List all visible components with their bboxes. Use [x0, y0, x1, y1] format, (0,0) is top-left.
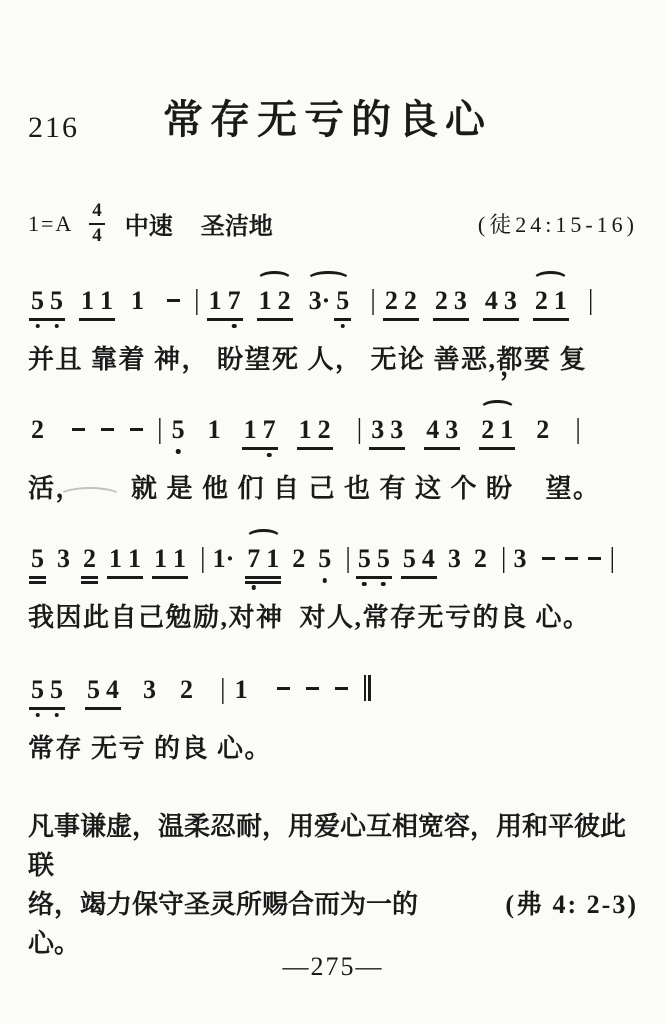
note-group: 17 [206, 286, 244, 316]
note-digit: 3 [143, 675, 156, 704]
note-digit: 5 [172, 415, 185, 444]
underline-line [81, 581, 98, 583]
note-group: 3 [140, 675, 159, 705]
note-digit: 4 [485, 286, 498, 315]
note: 7 [225, 286, 244, 316]
note-group: 1 [205, 415, 224, 445]
barline: | [345, 543, 351, 575]
note-group: 43 [482, 286, 520, 316]
note: 1 [497, 415, 516, 445]
note: 1 [205, 415, 224, 445]
hymn-number: 216 [28, 111, 79, 145]
octave-dot [252, 585, 257, 590]
scripture-quote-line1: 凡事谦虚，温柔忍耐，用爱心互相宽容，用和平彼此联 [28, 807, 638, 885]
note: 5 [28, 675, 47, 705]
note-digit: 1 [208, 415, 221, 444]
note-digit: 1 [266, 544, 279, 573]
note: 2 [315, 415, 334, 445]
note: 4 [482, 286, 501, 316]
note-group: 3 [511, 544, 530, 574]
note: 3 [445, 544, 464, 574]
note: 1 [78, 286, 97, 316]
duration-dash [130, 428, 143, 431]
note: 5 [47, 286, 66, 316]
note-digit: 3· [309, 286, 331, 315]
beam-line [479, 447, 515, 449]
beam-line [207, 318, 243, 320]
note: 5 [28, 286, 47, 316]
note-group: 1 [128, 286, 147, 316]
note: 3 [140, 675, 159, 705]
note: 7 [260, 415, 279, 445]
underline-line [81, 576, 98, 578]
note-group: 5 [28, 544, 47, 574]
note: 4 [423, 415, 442, 445]
note-digit: 2 [481, 415, 494, 444]
note-digit: 3 [454, 286, 467, 315]
note: 2 [401, 286, 420, 316]
note-digit: 5 [87, 675, 100, 704]
beam-line [107, 576, 143, 578]
notation-row: 2|511712|3343212| [28, 398, 638, 464]
beam-line [483, 318, 519, 320]
note: 2 [382, 286, 401, 316]
note: 2 [289, 544, 308, 574]
note: 5 [400, 544, 419, 574]
expression-marking: 圣洁地 [201, 206, 273, 241]
barline: | [194, 285, 200, 317]
notation-row: 5321111|1·7125|555432|3| [28, 527, 638, 593]
note-group: 71 [244, 544, 282, 574]
note: 1 [232, 675, 251, 705]
note: 5 [374, 544, 393, 574]
page-number: —275— [0, 952, 666, 982]
note: 1 [125, 544, 144, 574]
note-group: 12 [256, 286, 294, 316]
note-group: 43 [423, 415, 461, 445]
note: 1 [128, 286, 147, 316]
note: 5 [47, 675, 66, 705]
note-digit: 1 [128, 544, 141, 573]
octave-dot [341, 324, 346, 329]
underline-line [334, 318, 351, 320]
note-group: 54 [84, 675, 122, 705]
barline: | [588, 285, 594, 317]
note: 7 [244, 544, 263, 574]
note: 1 [241, 415, 260, 445]
note-digit: 5 [50, 675, 63, 704]
note-digit: 7 [263, 415, 276, 444]
barline: | [220, 674, 226, 706]
beam-line [356, 576, 392, 578]
note-digit: 1 [173, 544, 186, 573]
duration-dash [588, 557, 601, 560]
note: 3 [387, 415, 406, 445]
octave-dot [362, 582, 367, 587]
note-digit: 5 [31, 544, 44, 573]
duration-dash [101, 428, 114, 431]
note-group: 5 [169, 415, 188, 445]
note-digit: 1 [244, 415, 257, 444]
note-digit: 5 [31, 286, 44, 315]
barline: | [157, 414, 163, 446]
note: 3 [451, 286, 470, 316]
note-digit: 7 [247, 544, 260, 573]
note: 1 [551, 286, 570, 316]
barline: | [501, 543, 507, 575]
note-digit: 5 [50, 286, 63, 315]
note-digit: 5 [403, 544, 416, 573]
note-group: 2 [289, 544, 308, 574]
note-digit: 4 [426, 415, 439, 444]
duration-dash [565, 557, 578, 560]
barline: | [370, 285, 376, 317]
note-digit: 1 [81, 286, 94, 315]
note-digit: 1 [109, 544, 122, 573]
note-digit: 3 [448, 544, 461, 573]
octave-dot [54, 324, 59, 329]
beam-line [383, 318, 419, 320]
note-digit: 5 [336, 286, 349, 315]
note: 1 [106, 544, 125, 574]
octave-dot [323, 578, 328, 583]
note: 5 [28, 544, 47, 574]
beam-line [257, 318, 293, 320]
music-line-block: 5321111|1·7125|555432|3|我因此自己勉励,对神 对人,常存… [28, 527, 638, 634]
note-digit: 1 [209, 286, 222, 315]
note: 1 [296, 415, 315, 445]
scripture-quote-reference: (弗 4: 2-3) [505, 885, 638, 924]
note-digit: 5 [358, 544, 371, 573]
note-group: 12 [296, 415, 334, 445]
beam-line [433, 318, 469, 320]
duration-dash [72, 428, 85, 431]
duration-dash [167, 299, 180, 302]
octave-dot [35, 713, 40, 718]
note-digit: 1 [100, 286, 113, 315]
note-group: 2 [177, 675, 196, 705]
note: 2 [532, 286, 551, 316]
note-digit: 3 [445, 415, 458, 444]
octave-dot [54, 713, 59, 718]
note-group: 2 [80, 544, 99, 574]
note-group: 11 [78, 286, 116, 316]
beam-line [533, 318, 569, 320]
note-digit: 2 [318, 415, 331, 444]
note-digit: 2 [83, 544, 96, 573]
note: 3· [306, 286, 334, 316]
time-signature-denominator: 4 [92, 225, 102, 247]
duration-dash [277, 687, 290, 690]
beam-line [424, 447, 460, 449]
notation-row: 555432|1 [28, 656, 638, 724]
beam-line [401, 576, 437, 578]
beam-line [85, 707, 121, 709]
note-digit: 2 [292, 544, 305, 573]
note: 1 [170, 544, 189, 574]
octave-dot [381, 582, 386, 587]
note-digit: 1 [299, 415, 312, 444]
note-digit: 1 [154, 544, 167, 573]
note: 3 [501, 286, 520, 316]
duration-dash [335, 687, 348, 690]
beam-line [29, 318, 65, 320]
note-group: 22 [382, 286, 420, 316]
note-group: 2 [533, 415, 552, 445]
note-digit: 4 [422, 544, 435, 573]
note-group: 11 [151, 544, 189, 574]
note-digit: 2 [404, 286, 417, 315]
beam-line [245, 576, 281, 578]
note: 1 [97, 286, 116, 316]
note-group: 11 [106, 544, 144, 574]
note-digit: 1 [235, 675, 248, 704]
note: 2 [478, 415, 497, 445]
note-digit: 1 [259, 286, 272, 315]
octave-dot [35, 324, 40, 329]
note-digit: 3 [504, 286, 517, 315]
note: 1 [206, 286, 225, 316]
note: 3 [511, 544, 530, 574]
note-group: 55 [355, 544, 393, 574]
note-group: 2 [28, 415, 47, 445]
note: 2 [432, 286, 451, 316]
stray-comma-artifact: ， [500, 346, 526, 383]
beam-line [152, 576, 188, 578]
note-digit: 3 [57, 544, 70, 573]
barline: | [200, 543, 206, 575]
note: 5 [169, 415, 188, 445]
note-digit: 7 [228, 286, 241, 315]
note-digit: 5 [31, 675, 44, 704]
note-digit: 2 [435, 286, 448, 315]
page-title: 常存无亏的良心 [163, 88, 492, 145]
scripture-quote: 凡事谦虚，温柔忍耐，用爱心互相宽容，用和平彼此联 络，竭力保守圣灵所赐合而为一的… [28, 807, 638, 963]
note-digit: 1 [554, 286, 567, 315]
beam-line [297, 447, 333, 449]
note-group: 3·5 [306, 286, 353, 316]
beam-line [242, 447, 278, 449]
note: 3 [442, 415, 461, 445]
lyrics-line: 我因此自己勉励,对神 对人,常存无亏的良 心。 [28, 597, 638, 634]
duration-dash [542, 557, 555, 560]
beam-line [79, 318, 115, 320]
note-group: 23 [432, 286, 470, 316]
music-line-block: 2|511712|3343212|活， 就 是 他 们 自 己 也 有 这 个 … [28, 398, 638, 505]
barline: | [575, 414, 581, 446]
note: 2 [275, 286, 294, 316]
lyrics-line: 并且 靠着 神， 盼望死 人， 无论 善恶,都要 复 [28, 339, 638, 376]
note-group: 55 [28, 675, 66, 705]
underline-line [29, 576, 46, 578]
note-digit: 3 [390, 415, 403, 444]
note-group: 21 [478, 415, 516, 445]
note: 2 [471, 544, 490, 574]
note-group: 1· [210, 544, 238, 574]
note: 3 [54, 544, 73, 574]
note-group: 21 [532, 286, 570, 316]
note-group: 5 [315, 544, 334, 574]
hymnal-page: 216 常存无亏的良心 1=A 4 4 中速 圣洁地 (徒24:15-16) 5… [0, 0, 666, 1024]
lyrics-line: 常存 无亏 的良 心。 [28, 728, 638, 765]
note-digit: 1 [131, 286, 144, 315]
note-digit: 5 [377, 544, 390, 573]
note-group: 55 [28, 286, 66, 316]
music-section: 55111|17123·5|22234321|并且 靠着 神， 盼望死 人， 无… [28, 269, 638, 765]
note-digit: 1 [500, 415, 513, 444]
note: 1 [256, 286, 275, 316]
note: 2 [80, 544, 99, 574]
note-digit: 4 [106, 675, 119, 704]
note-digit: 2 [180, 675, 193, 704]
note-group: 33 [368, 415, 406, 445]
note-group: 54 [400, 544, 438, 574]
octave-dot [176, 449, 181, 454]
note: 5 [355, 544, 374, 574]
octave-dot [267, 453, 272, 458]
note: 2 [533, 415, 552, 445]
beam-line [245, 581, 281, 583]
note: 4 [419, 544, 438, 574]
beam-line [29, 707, 65, 709]
time-signature-numerator: 4 [89, 201, 105, 225]
note: 5 [84, 675, 103, 705]
note-group: 2 [471, 544, 490, 574]
tempo-marking: 中速 [125, 206, 173, 241]
note: 2 [177, 675, 196, 705]
note-group: 17 [241, 415, 279, 445]
note-digit: 1· [213, 544, 235, 573]
note: 4 [103, 675, 122, 705]
music-line-block: 55111|17123·5|22234321|并且 靠着 神， 盼望死 人， 无… [28, 269, 638, 376]
octave-dot [232, 324, 237, 329]
note: 3 [368, 415, 387, 445]
time-signature: 4 4 [89, 201, 105, 247]
note-digit: 2 [31, 415, 44, 444]
note-group: 3 [445, 544, 464, 574]
note: 2 [28, 415, 47, 445]
note-digit: 2 [385, 286, 398, 315]
music-line-block: 555432|1常存 无亏 的良 心。 [28, 656, 638, 765]
underline-line [29, 581, 46, 583]
scripture-reference: (徒24:15-16) [478, 208, 638, 239]
note-digit: 2 [535, 286, 548, 315]
print-artifact-arc [58, 487, 122, 506]
note: 1· [210, 544, 238, 574]
barline: | [357, 414, 363, 446]
barline: | [610, 543, 616, 575]
note: 5 [315, 544, 334, 574]
notation-row: 55111|17123·5|22234321| [28, 269, 638, 335]
note-digit: 2 [278, 286, 291, 315]
note-digit: 2 [474, 544, 487, 573]
note-digit: 3 [371, 415, 384, 444]
note-digit: 3 [514, 544, 527, 573]
key-signature: 1=A [28, 211, 73, 237]
duration-dash [306, 687, 319, 690]
note: 1 [151, 544, 170, 574]
final-barline [364, 675, 371, 701]
note-group: 3 [54, 544, 73, 574]
note-group: 1 [232, 675, 251, 705]
header: 216 常存无亏的良心 [28, 88, 638, 145]
note: 5 [333, 286, 352, 316]
note: 1 [263, 544, 282, 574]
key-row: 1=A 4 4 中速 圣洁地 (徒24:15-16) [28, 201, 638, 247]
beam-line [369, 447, 405, 449]
note-digit: 2 [536, 415, 549, 444]
note-digit: 5 [318, 544, 331, 573]
